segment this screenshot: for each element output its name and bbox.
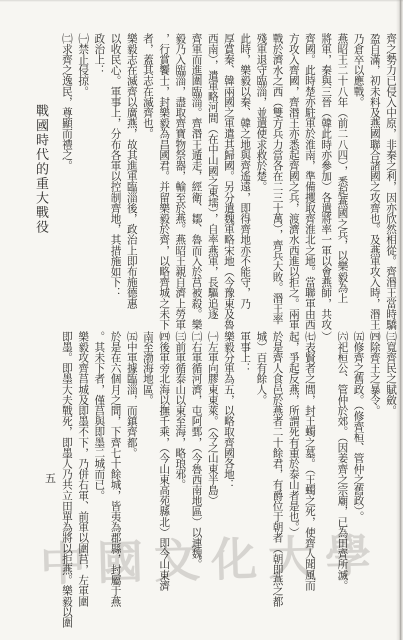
text-column: ㈤中軍據臨淄，而鎮齊都。: [124, 331, 140, 634]
text-column: 。其未下者，僅莒與即墨二城而已。: [91, 331, 107, 634]
text-column: ㈣後軍旁北海以撫千乘，（今山東高苑縣北）即今山東濟: [156, 331, 172, 634]
text-column: 樂毅攻齊莒城及即墨不下，乃併右軍、前軍以圍莒，左軍圍: [75, 331, 91, 634]
text-column: ㈦表賢者之閭，封王蠋之墓。（王蠋之死，使齊人聞風而: [302, 331, 318, 634]
text-column: ㈡右軍循河濟，屯阿鄄，（今魯西南地區）以連魏。: [188, 331, 204, 634]
page-number: 五: [45, 470, 56, 486]
text-column: 政治上：: [91, 33, 107, 334]
text-column: ㈤修齊之舊政。（修齊桓、管仲之舊政）。: [350, 331, 366, 634]
text-column: ㈠左軍向膠東東萊。（今之山東半島）: [205, 331, 221, 634]
page-edge-shadow: [396, 0, 403, 640]
text-column: 此時，樂毅以秦、韓之地與齊遙遠，即得齊地亦不能守，乃: [237, 33, 253, 334]
book-page: 中國文化大學 齊之勢力已侵入中原，非秦之利，因亦欣然相從。齊湣王當時驕盈自滿，初…: [0, 0, 403, 640]
text-column: 樂毅分軍為五，以略取齊國各地：: [221, 331, 237, 634]
text-column: ㈥祀桓公、管仲於郊。（因姜齊之宗廟，已為田齊所滅。: [334, 331, 350, 634]
text-column: ㈣除齊王之暴令。: [367, 331, 383, 634]
text-column: ）: [318, 331, 334, 634]
text-column: 西南），遣軍略河間（在中山國之東壖），自率燕軍，長驅追逐: [205, 33, 221, 334]
text-column: ㈠禁止侵掠。: [75, 33, 91, 334]
text-column: 齊軍而進圍臨淄。齊湣王遁走，經衛、鄒、魯而入於莒被殺。樂: [188, 33, 204, 334]
text-column: 戰於濟水之西（雙方兵力當各在二三十萬），齊兵大敗。湣王率: [269, 33, 285, 334]
text-column: 城）百有餘人。: [253, 331, 269, 634]
text-column: 盈自滿，初未料及燕國聯合諸國之攻齊也。及燕軍攻入時，湣王: [367, 33, 383, 334]
text-column: 方攻入齊國，齊湣王亦悉起齊國之兵，渡濟水西進以拒之。兩軍: [286, 33, 302, 334]
text-column: 燕昭王二十八年（前二八四），悉起燕國之兵，以樂毅為上: [334, 33, 350, 334]
text-column: ㈡求齊之逸民，尊顯而禮之。: [59, 33, 75, 334]
text-column: 南至渤海地區。: [140, 331, 156, 634]
text-column: 齊國。此時楚亦駐軍於淮南，準備攫取齊淮北之地。當聯軍由西: [302, 33, 318, 334]
text-column: 厚賞秦、韓兩國之軍遣其歸國。另分遣魏軍略宋地（今豫東及魯: [221, 33, 237, 334]
text-column: 即墨。即墨大夫戰死，即墨人乃共立田單為將以拒燕。樂毅以圍: [59, 331, 75, 634]
text-column: 於是在六個月之間，下齊七十餘城，皆夷為郡縣，封屬于燕: [107, 331, 123, 634]
text-register-top: 齊之勢力已侵入中原，非秦之利，因亦欣然相從。齊湣王當時驕盈自滿，初未料及燕國聯合…: [59, 33, 399, 334]
text-column: 於是齊人食邑於燕者二十餘君，有爵位于朝者（朝即燕之都: [269, 331, 285, 634]
chapter-running-title: 戰國時代的重大戰役: [31, 104, 50, 235]
page-top-edge-shadow: [0, 0, 403, 2]
text-column: 將軍，秦與三晉（韓此時亦參加）各遣將率一軍以會燕師，共攻: [318, 33, 334, 334]
text-column: 以收民心。軍事上，分布各軍以控制齊地，其措施如下：: [107, 33, 123, 334]
text-register-bottom: ㈢寬齊民之賦斂。㈣除齊王之暴令。㈤修齊之舊政。（修齊桓、管仲之舊政）。㈥祀桓公、…: [59, 331, 399, 634]
text-column: ，行賞饗士，封樂毅為昌國君。并留樂毅於齊，以略齊城之未下: [156, 33, 172, 334]
text-column: ㈢前軍循泰山以東至海，略琅邪。: [172, 331, 188, 634]
text-column: 樂毅志在滅齊以廣燕，故其進軍臨淄後，政治上即布施德惠: [124, 33, 140, 334]
text-column: 起，爭起反燕，所謂死有重於泰山者是也。）: [286, 331, 302, 634]
text-column: 軍事上：: [237, 331, 253, 634]
text-column: 毅乃入臨淄，盡取齊寶物祭器，輸至於燕。燕昭王親自濟上勞軍: [172, 33, 188, 334]
text-column: 乃倉卒以應戰。: [350, 33, 366, 334]
text-column: 者，蓋其志在滅齊也。: [140, 33, 156, 334]
text-column: 殘軍退守臨淄，並遣使求救於楚。: [253, 33, 269, 334]
